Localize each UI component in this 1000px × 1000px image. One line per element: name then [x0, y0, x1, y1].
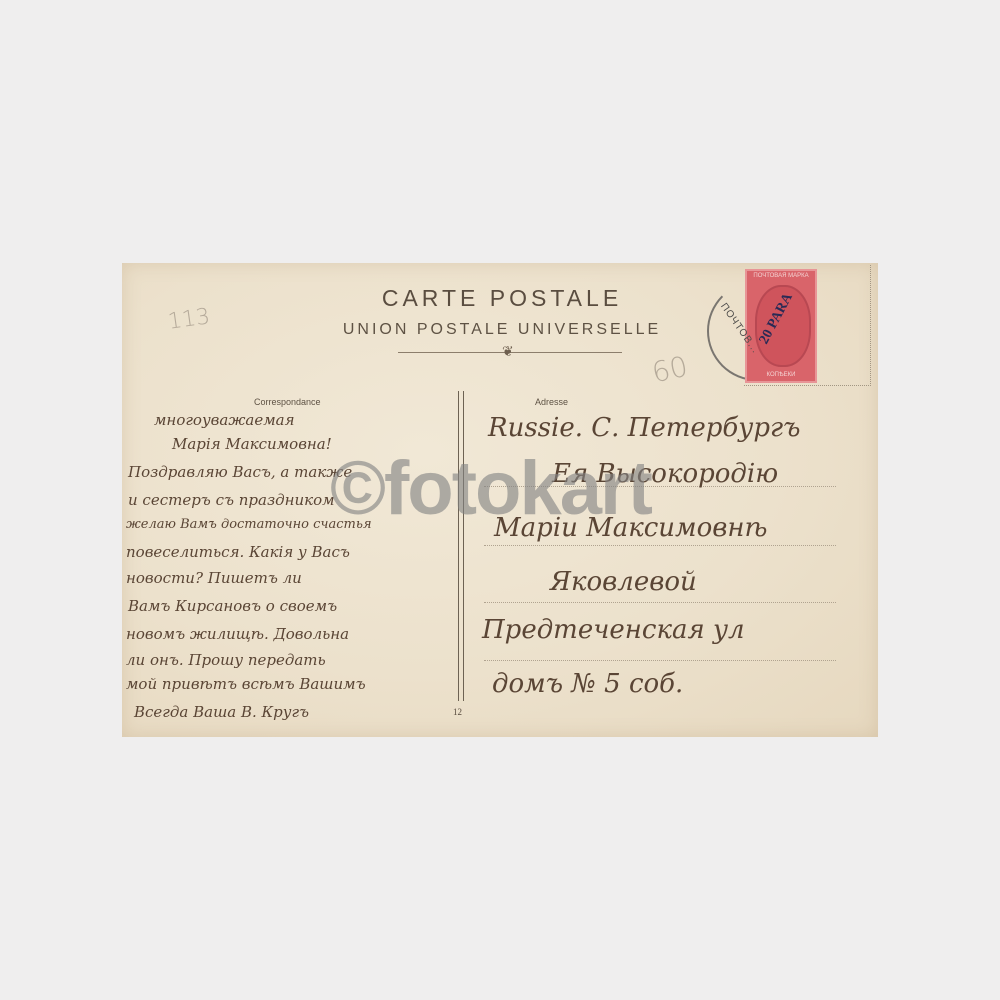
handwritten-line: мой привѣтъ всѣмъ Вашимъ — [126, 675, 366, 693]
handwritten-signature: Всегда Ваша В. Кругъ — [134, 703, 309, 721]
handwritten-line: Марія Максимовна! — [172, 435, 332, 453]
postcard: CARTE POSTALE UNION POSTALE UNIVERSELLE … — [122, 263, 878, 737]
address-line — [484, 602, 836, 603]
page-number: 12 — [453, 707, 462, 717]
handwritten-line: новомъ жилищѣ. Довольна — [126, 625, 349, 643]
handwritten-line: ли онъ. Прошу передать — [126, 651, 326, 669]
handwritten-line: Поздравляю Васъ, а также — [128, 463, 352, 481]
stamp-top-text: ПОЧТОВАЯ МАРКА — [747, 273, 815, 279]
center-divider — [458, 391, 464, 701]
address-line-text: домъ № 5 соб. — [492, 669, 683, 699]
postage-stamp: ПОЧТОВАЯ МАРКА 20 PARA КОПѢЕКИ — [747, 271, 815, 381]
address-label: Adresse — [535, 397, 568, 407]
handwritten-line: и сестеръ съ праздником — [128, 491, 335, 509]
address-line-text: Яковлевой — [550, 567, 697, 597]
stamp-bottom-text: КОПѢЕКИ — [747, 372, 815, 378]
pencil-note-60: 60 — [649, 350, 691, 390]
address-line — [484, 545, 836, 546]
address-line-text: Russie. С. Петербургъ — [488, 413, 800, 443]
correspondence-label: Correspondance — [254, 397, 321, 407]
ornament-icon: ❦ — [502, 343, 514, 360]
handwritten-line: Вамъ Кирсановъ о своемъ — [128, 597, 337, 615]
address-line — [484, 660, 836, 661]
handwritten-line: многоуважаемая — [154, 411, 295, 429]
watermark: ©fotokart — [330, 445, 651, 532]
handwritten-line: новости? Пишетъ ли — [126, 569, 302, 587]
address-line-text: Предтеченская ул — [482, 615, 745, 645]
handwritten-line: повеселиться. Какія у Васъ — [126, 543, 350, 561]
